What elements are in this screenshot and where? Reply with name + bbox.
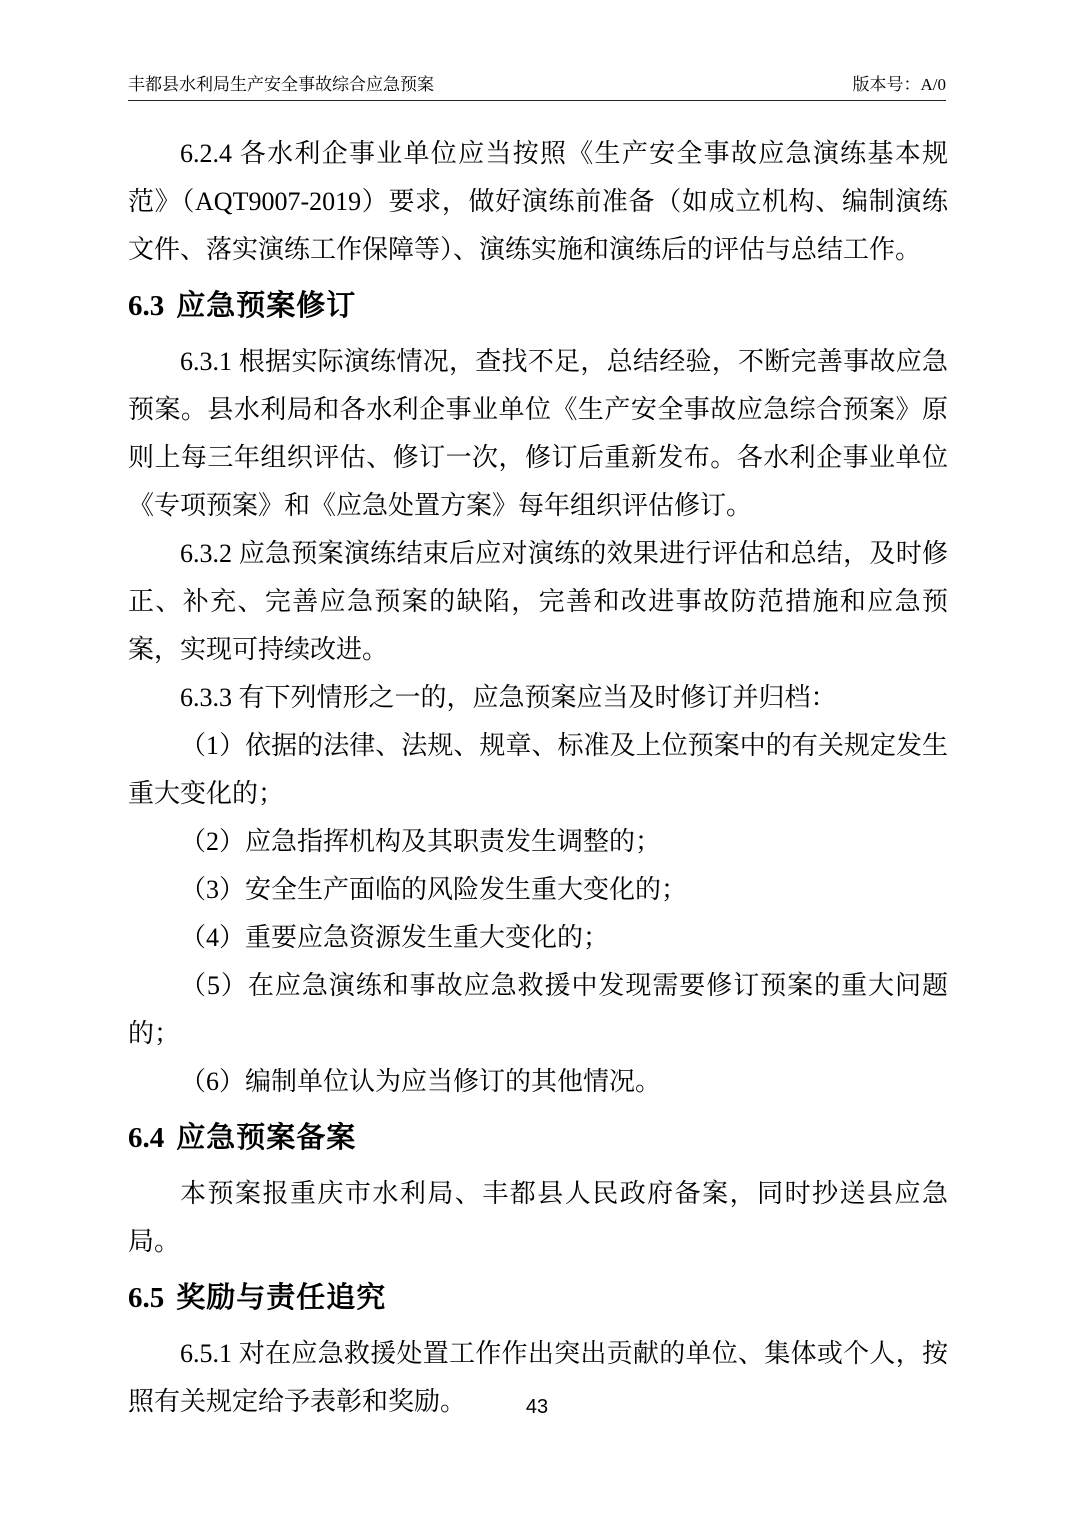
page-header: 丰都县水利局生产安全事故综合应急预案 版本号：A/0 — [128, 70, 946, 101]
list-item-1: （1）依据的法律、法规、规章、标准及上位预案中的有关规定发生重大变化的； — [128, 722, 948, 818]
section-title: 应急预案备案 — [176, 1122, 356, 1154]
page-number: 43 — [526, 1396, 548, 1418]
list-item-6: （6）编制单位认为应当修订的其他情况。 — [128, 1058, 948, 1106]
document-body: 6.2.4 各水利企事业单位应当按照《生产安全事故应急演练基本规范》（AQT90… — [128, 130, 948, 1426]
section-number: 6.4 — [128, 1122, 164, 1154]
list-item-2: （2）应急指挥机构及其职责发生调整的； — [128, 818, 948, 866]
list-item-4: （4）重要应急资源发生重大变化的； — [128, 914, 948, 962]
page-footer: 43 — [0, 1396, 1074, 1419]
section-number: 6.5 — [128, 1282, 164, 1314]
section-title: 应急预案修订 — [176, 290, 356, 322]
document-page: 丰都县水利局生产安全事故综合应急预案 版本号：A/0 6.2.4 各水利企事业单… — [0, 0, 1074, 1520]
section-title: 奖励与责任追究 — [176, 1282, 386, 1314]
header-doc-title: 丰都县水利局生产安全事故综合应急预案 — [128, 70, 434, 95]
list-item-3: （3）安全生产面临的风险发生重大变化的； — [128, 866, 948, 914]
para-6-3-3: 6.3.3 有下列情形之一的，应急预案应当及时修订并归档： — [128, 674, 948, 722]
section-heading-6-4: 6.4应急预案备案 — [128, 1114, 948, 1162]
para-6-4: 本预案报重庆市水利局、丰都县人民政府备案，同时抄送县应急局。 — [128, 1170, 948, 1266]
para-6-2-4: 6.2.4 各水利企事业单位应当按照《生产安全事故应急演练基本规范》（AQT90… — [128, 130, 948, 274]
para-6-3-1: 6.3.1 根据实际演练情况，查找不足，总结经验，不断完善事故应急预案。县水利局… — [128, 338, 948, 530]
section-heading-6-3: 6.3应急预案修订 — [128, 282, 948, 330]
header-version: 版本号：A/0 — [853, 70, 947, 95]
section-number: 6.3 — [128, 290, 164, 322]
para-6-3-2: 6.3.2 应急预案演练结束后应对演练的效果进行评估和总结，及时修正、补充、完善… — [128, 530, 948, 674]
section-heading-6-5: 6.5奖励与责任追究 — [128, 1274, 948, 1322]
list-item-5: （5）在应急演练和事故应急救援中发现需要修订预案的重大问题的； — [128, 962, 948, 1058]
